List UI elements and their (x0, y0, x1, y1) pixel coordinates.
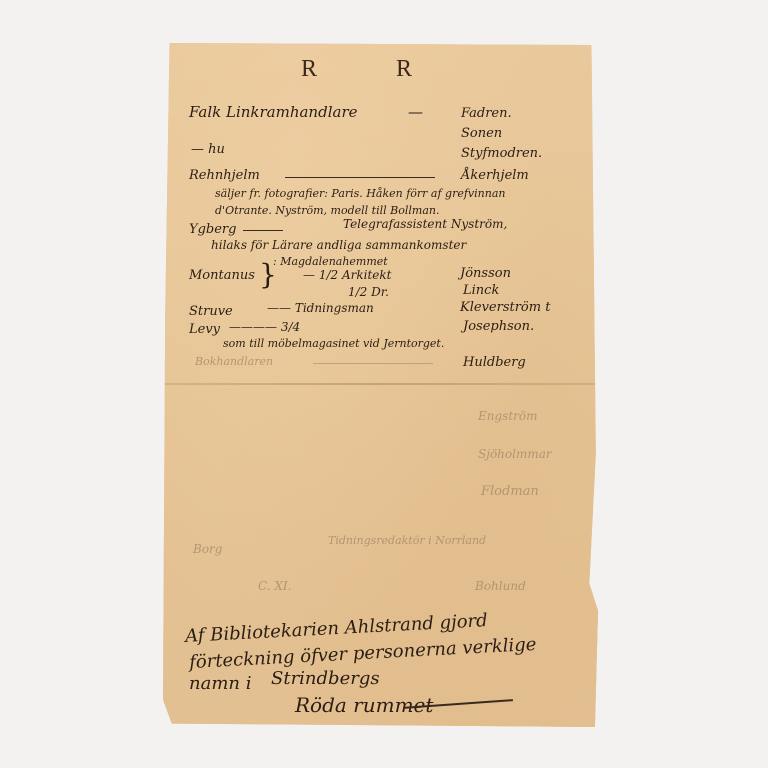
entry-left-levy: Levy (189, 323, 220, 336)
pencil-note-flodman: Flodman (481, 485, 539, 498)
pencil-note-tidningsredaktor: Tidningsredaktör i Norrland (328, 535, 486, 546)
entry-connector-tidningsman: —— Tidningsman (267, 302, 374, 314)
note-sammankomster: hilaks för Lärare andliga sammankomster (211, 239, 466, 251)
entry-connector-levy: ———— 3/4 (229, 321, 300, 333)
entry-right-josephson: Josephson. (463, 320, 534, 333)
entry-right-jonsson: Jönsson (460, 267, 511, 280)
pencil-note-cxi: C. XI. (258, 580, 291, 592)
note-mobelmagasinet: som till möbelmagasinet vid Jerntorget. (223, 338, 444, 349)
entry-left-rehnhjelm: Rehnhjelm (189, 169, 260, 182)
entry-left-hu: — hu (191, 143, 225, 156)
manuscript-sheet: R R Falk Linkramhandlare — Fadren. Sonen… (163, 43, 598, 727)
monogram-left: R (301, 57, 317, 81)
entry-connector-dr: 1/2 Dr. (348, 286, 389, 298)
entry-right-akerhjelm: Åkerhjelm (461, 169, 529, 182)
entry-connector: — (408, 105, 423, 120)
entry-right-kleverstrom: Kleverström t (460, 301, 550, 314)
entry-right-fadren: Fadren. (461, 107, 512, 120)
note-magdalenahemmet: : Magdalenahemmet (273, 256, 388, 267)
entry-right-telegrafassistent: Telegrafassistent Nyström, (343, 218, 507, 230)
monogram-right: R (396, 57, 412, 81)
photo-background: R R Falk Linkramhandlare — Fadren. Sonen… (0, 0, 768, 768)
entry-dash (243, 230, 283, 231)
entry-dash (285, 177, 435, 178)
entry-connector-arkitekt: — 1/2 Arkitekt (303, 269, 391, 281)
footer-title-roda-rummet: Röda rummet (295, 695, 433, 715)
pencil-note-sjoholm: Sjöholmmar (478, 448, 552, 460)
entry-left-ygberg: Ygberg (189, 223, 236, 236)
pencil-note-bohlund: Bohlund (475, 580, 526, 592)
pencil-note-engstrom: Engström (478, 410, 538, 422)
note-otrante: d'Otrante. Nyström, modell till Bollman. (215, 205, 439, 216)
pencil-note-borg: Borg (193, 543, 222, 555)
footer-line-3: namn i (189, 675, 251, 693)
entry-right-sonen: Sonen (461, 127, 502, 140)
entry-right-huldberg: Huldberg (463, 356, 526, 369)
bracket-symbol: } (259, 261, 277, 289)
footer-strindberg: Strindbergs (271, 670, 380, 688)
entry-left-bokhandlaren: Bokhandlaren (195, 356, 273, 367)
entry-left-struve: Struve (189, 305, 233, 318)
entry-dash (313, 363, 433, 364)
entry-right-linck: Linck (463, 284, 499, 297)
note-fotografier: säljer fr. fotografier: Paris. Håken för… (215, 188, 505, 199)
entry-left-falk: Falk Linkramhandlare (189, 105, 358, 120)
entry-left-montanus: Montanus (189, 269, 255, 282)
paper-fold-line (163, 383, 598, 385)
entry-right-styfmodren: Styfmodren. (461, 147, 542, 160)
